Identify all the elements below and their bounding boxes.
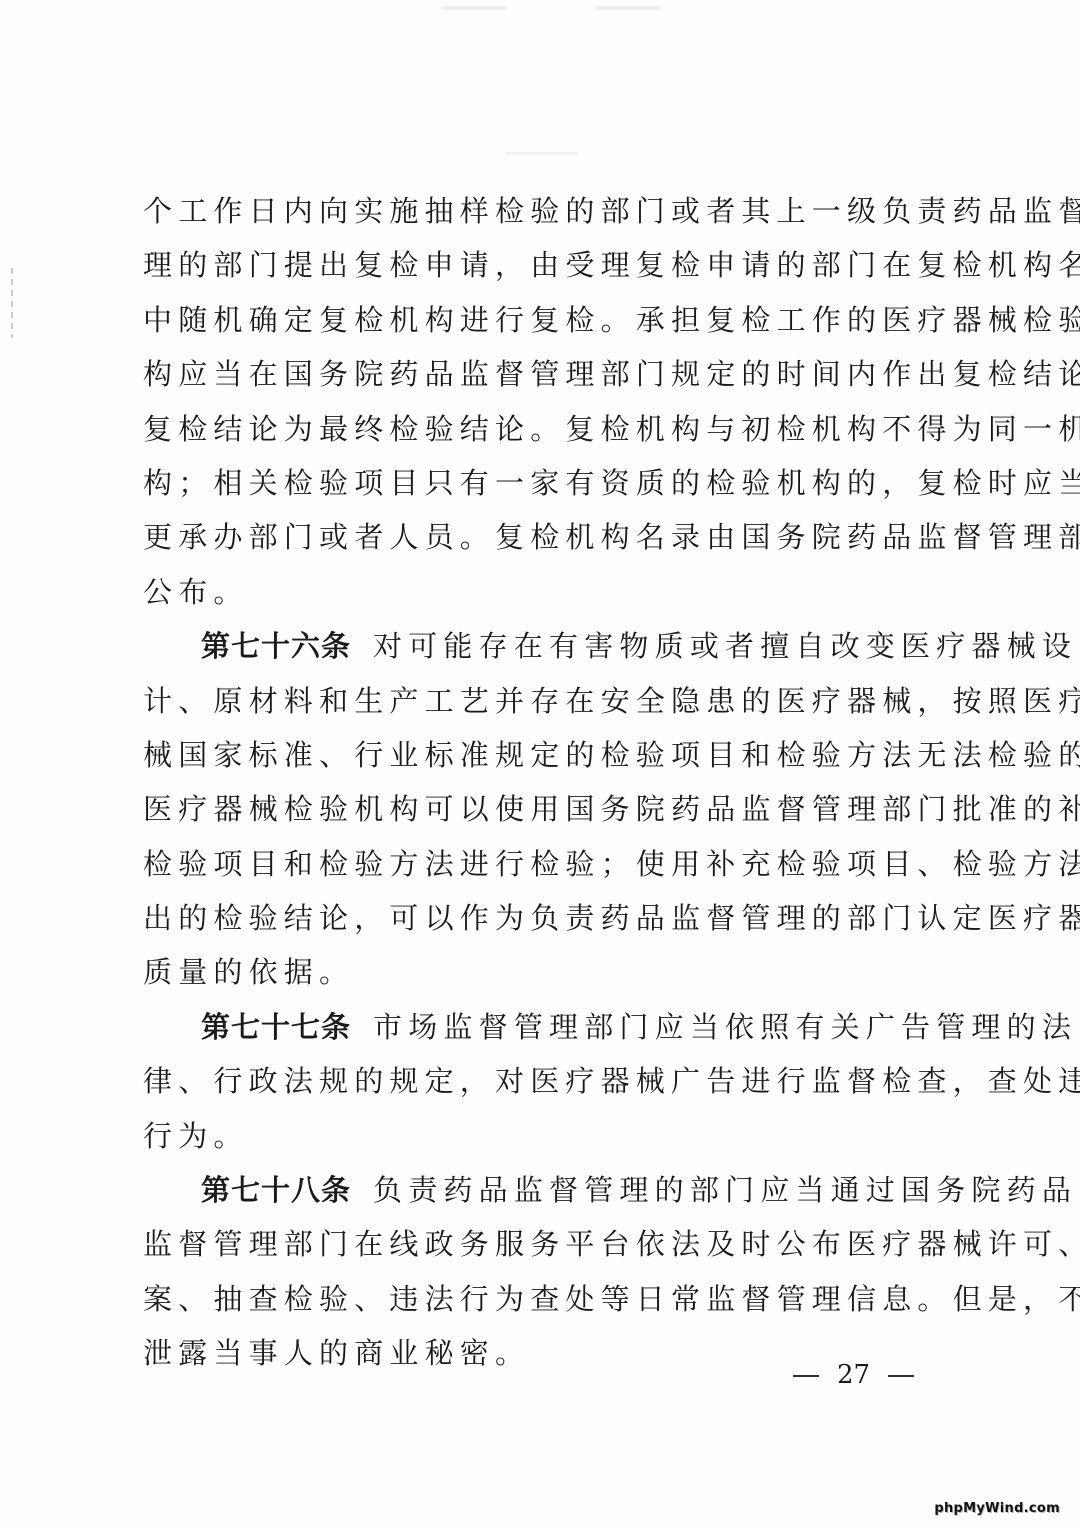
text-line: 中随机确定复检机构进行复检。承担复检工作的医疗器械检验机 [143, 293, 943, 347]
article-77: 第七十七条市场监督管理部门应当依照有关广告管理的法 律、行政法规的规定，对医疗器… [143, 1000, 943, 1163]
article-76: 第七十六条对可能存在有害物质或者擅自改变医疗器械设 计、原材料和生产工艺并存在安… [143, 619, 943, 1000]
text-line: 医疗器械检验机构可以使用国务院药品监督管理部门批准的补充 [143, 782, 943, 836]
article-78: 第七十八条负责药品监督管理的部门应当通过国务院药品 监督管理部门在线政务服务平台… [143, 1163, 943, 1381]
text-line: 市场监督管理部门应当依照有关广告管理的法 [373, 1010, 1077, 1044]
dash-left [793, 1375, 819, 1377]
text-line: 复检结论为最终检验结论。复检机构与初检机构不得为同一机 [143, 402, 943, 456]
text-line: 构；相关检验项目只有一家有资质的检验机构的，复检时应当变 [143, 456, 943, 510]
scan-artifact [596, 6, 660, 10]
text-line: 计、原材料和生产工艺并存在安全隐患的医疗器械，按照医疗器 [143, 674, 943, 728]
text-line: 监督管理部门在线政务服务平台依法及时公布医疗器械许可、备 [143, 1217, 943, 1271]
watermark-logo: phpMyWind.com [934, 1501, 1060, 1516]
text-line: 构应当在国务院药品监督管理部门规定的时间内作出复检结论。 [143, 347, 943, 401]
text-line: 对可能存在有害物质或者擅自改变医疗器械设 [373, 629, 1077, 663]
continued-paragraph: 个工作日内向实施抽样检验的部门或者其上一级负责药品监督管 理的部门提出复检申请，… [143, 184, 943, 619]
article-first-line: 第七十八条负责药品监督管理的部门应当通过国务院药品 [143, 1163, 943, 1217]
text-line: 械国家标准、行业标准规定的检验项目和检验方法无法检验的， [143, 728, 943, 782]
text-line: 更承办部门或者人员。复检机构名录由国务院药品监督管理部门 [143, 510, 943, 564]
text-line: 律、行政法规的规定，对医疗器械广告进行监督检查，查处违法 [143, 1054, 943, 1108]
text-line: 理的部门提出复检申请，由受理复检申请的部门在复检机构名录 [143, 238, 943, 292]
text-line: 检验项目和检验方法进行检验；使用补充检验项目、检验方法得 [143, 837, 943, 891]
dash-right [888, 1375, 914, 1377]
article-heading: 第七十七条 [201, 1010, 351, 1044]
text-line: 出的检验结论，可以作为负责药品监督管理的部门认定医疗器械 [143, 891, 943, 945]
article-first-line: 第七十七条市场监督管理部门应当依照有关广告管理的法 [143, 1000, 943, 1054]
scan-artifact [442, 6, 506, 10]
document-page: 个工作日内向实施抽样检验的部门或者其上一级负责药品监督管 理的部门提出复检申请，… [143, 184, 943, 1381]
scan-artifact [506, 152, 578, 155]
article-heading: 第七十六条 [201, 629, 351, 663]
article-heading: 第七十八条 [201, 1173, 351, 1207]
article-first-line: 第七十六条对可能存在有害物质或者擅自改变医疗器械设 [143, 619, 943, 673]
text-line: 行为。 [143, 1109, 943, 1163]
text-line: 个工作日内向实施抽样检验的部门或者其上一级负责药品监督管 [143, 184, 943, 238]
text-line: 负责药品监督管理的部门应当通过国务院药品 [373, 1173, 1077, 1207]
text-line: 公布。 [143, 565, 943, 619]
page-number-value: 27 [837, 1360, 870, 1390]
text-line: 案、抽查检验、违法行为查处等日常监督管理信息。但是，不得 [143, 1272, 943, 1326]
text-line: 质量的依据。 [143, 945, 943, 999]
scan-binding-marks [11, 268, 13, 338]
page-number: 27 [793, 1360, 914, 1390]
